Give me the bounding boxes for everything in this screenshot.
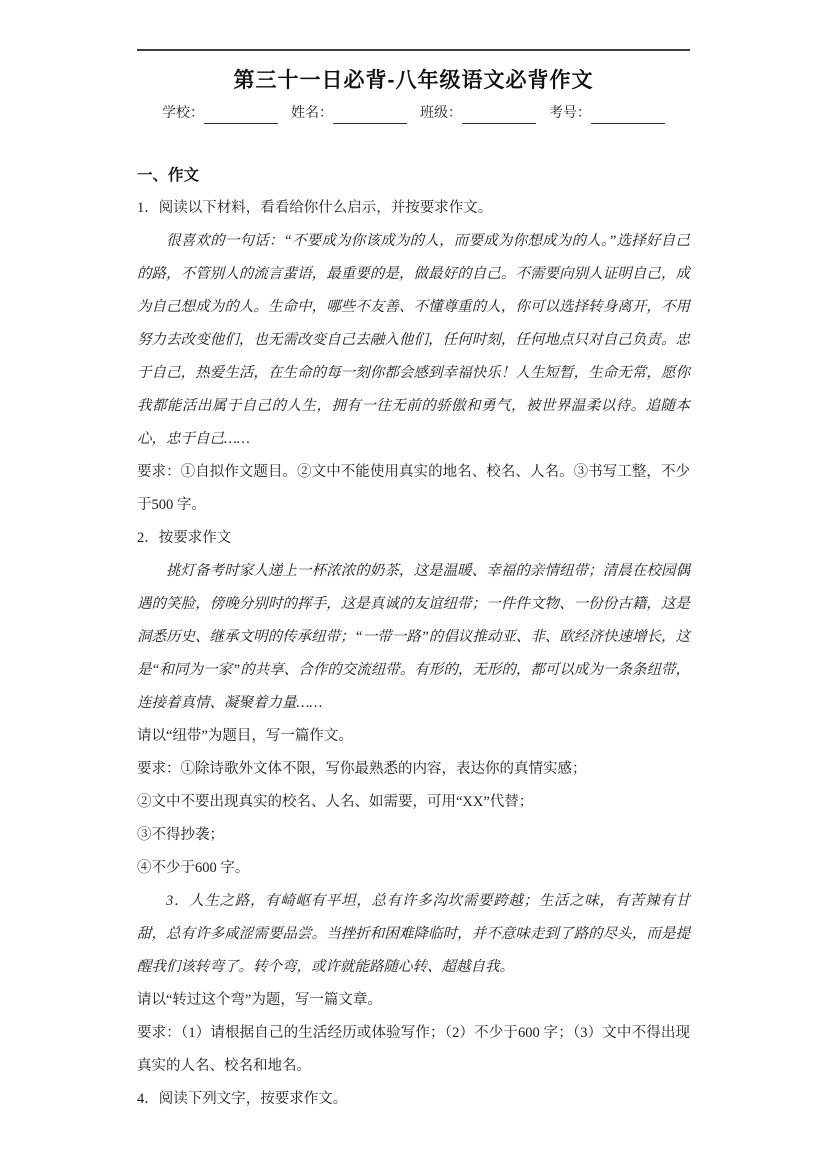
question-2-requirement-4: ④不少于600 字。: [137, 852, 690, 885]
class-field-label: 班级：: [420, 104, 462, 124]
question-3-title-prompt: 请以“转过这个弯”为题，写一篇文章。: [137, 984, 690, 1017]
school-field-label: 学校：: [162, 104, 204, 124]
document-page: 第三十一日必背-八年级语文必背作文 学校： 姓名： 班级： 考号： 一、作文 1…: [0, 0, 827, 1169]
exam-number-field-blank: [591, 107, 665, 124]
question-2-requirement-1: 要求：①除诗歌外文体不限，写你最熟悉的内容，表达你的真情实感；: [137, 753, 690, 786]
class-field: 班级：: [420, 104, 536, 124]
section-heading: 一、作文: [137, 159, 690, 192]
question-2-requirement-3: ③不得抄袭；: [137, 819, 690, 852]
question-2-title-prompt: 请以“纽带”为题目，写一篇作文。: [137, 720, 690, 753]
name-field-blank: [333, 107, 407, 124]
student-info-row: 学校： 姓名： 班级： 考号：: [137, 104, 690, 124]
class-field-blank: [462, 107, 536, 124]
school-field: 学校：: [162, 104, 278, 124]
name-field: 姓名：: [291, 104, 407, 124]
question-2-material: 挑灯备考时家人递上一杯浓浓的奶茶，这是温暖、幸福的亲情纽带；清晨在校园偶遇的笑脸…: [137, 555, 690, 720]
question-1-requirements: 要求：①自拟作文题目。②文中不能使用真实的地名、校名、人名。③书写工整，不少于5…: [137, 456, 690, 522]
question-2-requirement-2: ②文中不要出现真实的校名、人名、如需要，可用“XX”代替；: [137, 786, 690, 819]
document-body: 一、作文 1．阅读以下材料，看看给你什么启示，并按要求作文。 很喜欢的一句话：“…: [137, 159, 690, 1116]
question-4-prompt: 4．阅读下列文字，按要求作文。: [137, 1083, 690, 1116]
header-rule: [137, 49, 690, 51]
school-field-blank: [204, 107, 278, 124]
exam-number-field-label: 考号：: [549, 104, 591, 124]
name-field-label: 姓名：: [291, 104, 333, 124]
question-3-material: 3．人生之路，有崎岖有平坦，总有许多沟坎需要跨越；生活之味，有苦辣有甘甜，总有许…: [137, 885, 690, 984]
question-2-prompt: 2．按要求作文: [137, 522, 690, 555]
exam-number-field: 考号：: [549, 104, 665, 124]
document-title: 第三十一日必背-八年级语文必背作文: [0, 64, 827, 94]
question-3-requirements: 要求：（1）请根据自己的生活经历或体验写作；（2）不少于600 字；（3）文中不…: [137, 1017, 690, 1083]
question-1-prompt: 1．阅读以下材料，看看给你什么启示，并按要求作文。: [137, 192, 690, 225]
question-1-material: 很喜欢的一句话：“不要成为你该成为的人，而要成为你想成为的人。”选择好自己的路，…: [137, 225, 690, 456]
